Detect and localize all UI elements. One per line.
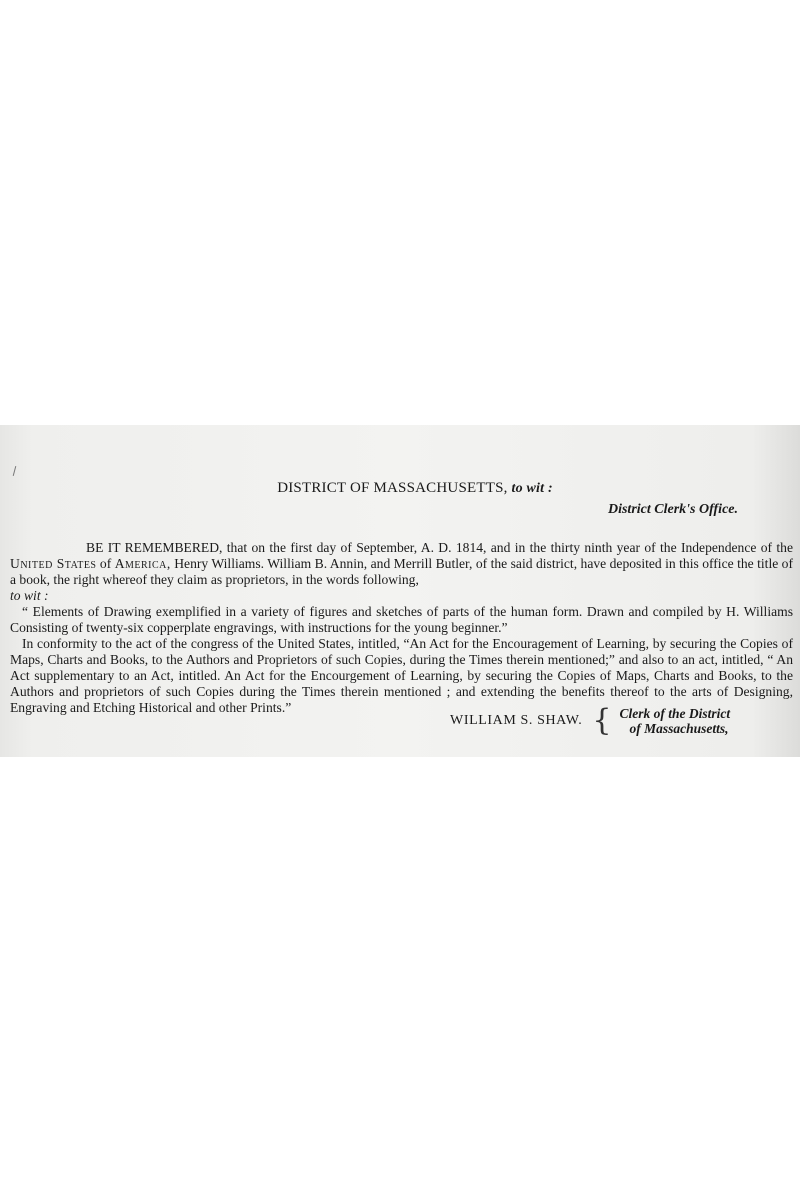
- heading-text: DISTRICT OF MASSACHUSETTS,: [277, 480, 507, 496]
- clerk-name: WILLIAM S. SHAW.: [450, 713, 582, 729]
- paragraph-conformity: In conformity to the act of the congress…: [10, 636, 793, 716]
- clerk-title-line2: of Massachusetts,: [620, 721, 731, 736]
- paragraph-text: of: [97, 556, 115, 571]
- to-wit: to wit :: [10, 588, 49, 603]
- signature-block: WILLIAM S. SHAW. { Clerk of the District…: [450, 706, 730, 736]
- copyright-notice: BE IT REMEMBERED, that on the first day …: [10, 540, 793, 716]
- brace-icon: {: [592, 707, 611, 735]
- clerk-title: Clerk of the District of Massachusetts,: [620, 706, 731, 736]
- paragraph-book-title: “ Elements of Drawing exemplified in a v…: [10, 604, 793, 636]
- page-heading: DISTRICT OF MASSACHUSETTS, to wit :: [0, 480, 800, 497]
- clerk-title-line1: Clerk of the District: [620, 706, 731, 721]
- united-states: United States: [10, 556, 97, 571]
- paragraph-remembered: BE IT REMEMBERED, that on the first day …: [10, 540, 793, 604]
- heading-suffix: to wit :: [512, 481, 553, 496]
- remembered-lead: BE IT REMEMBERED,: [86, 540, 222, 555]
- office-label: District Clerk's Office.: [608, 502, 738, 518]
- america: America,: [115, 556, 171, 571]
- paragraph-text: that on the first day of September, A. D…: [222, 540, 793, 555]
